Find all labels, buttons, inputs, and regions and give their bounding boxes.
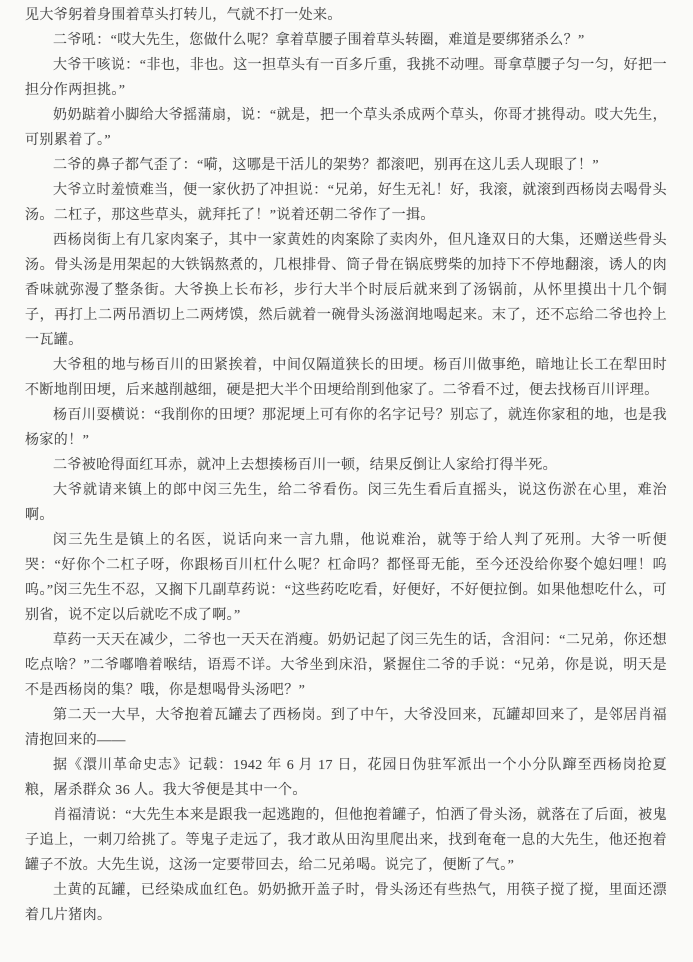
paragraph: 大爷干咳说：“非也，非也。这一担草头有一百多斤重，我挑不动哩。哥拿草腰子匀一匀，…: [25, 53, 667, 103]
paragraph: 见大爷躬着身围着草头打转儿，气就不打一处来。: [25, 3, 667, 28]
paragraph: 闵三先生是镇上的名医，说话向来一言九鼎，他说难治，就等于给人判了死刑。大爷一听便…: [25, 528, 667, 628]
paragraph: 二爷的鼻子都气歪了：“嗬，这哪是干活儿的架势？都滚吧，别再在这儿丢人现眼了！”: [25, 153, 667, 178]
paragraph: 草药一天天在减少，二爷也一天天在消瘦。奶奶记起了闵三先生的话，含泪问：“二兄弟，…: [25, 628, 667, 703]
paragraph: 土黄的瓦罐，已经染成血红色。奶奶掀开盖子时，骨头汤还有些热气，用筷子搅了搅，里面…: [25, 878, 667, 928]
paragraph: 西杨岗街上有几家肉案子，其中一家黄姓的肉案除了卖肉外，但凡逢双日的大集，还赠送些…: [25, 228, 667, 353]
paragraph: 大爷租的地与杨百川的田紧挨着，中间仅隔道狭长的田埂。杨百川做事绝，暗地让长工在犁…: [25, 353, 667, 403]
paragraph-list: 见大爷躬着身围着草头打转儿，气就不打一处来。二爷吼：“哎大先生，您做什么呢？拿着…: [25, 3, 667, 928]
paragraph: 第二天一大早，大爷抱着瓦罐去了西杨岗。到了中午，大爷没回来，瓦罐却回来了，是邻居…: [25, 703, 667, 753]
paragraph: 据《澴川革命史志》记载：1942 年 6 月 17 日，花园日伪驻军派出一个小分…: [25, 753, 667, 803]
document-page: 见大爷躬着身围着草头打转儿，气就不打一处来。二爷吼：“哎大先生，您做什么呢？拿着…: [0, 0, 693, 962]
paragraph: 大爷立时羞愤难当，便一家伙扔了冲担说：“兄弟，好生无礼！好，我滚，就滚到西杨岗去…: [25, 178, 667, 228]
paragraph: 肖福清说：“大先生本来是跟我一起逃跑的，但他抱着罐子，怕洒了骨头汤，就落在了后面…: [25, 803, 667, 878]
paragraph: 大爷就请来镇上的郎中闵三先生，给二爷看伤。闵三先生看后直摇头，说这伤淤在心里，难…: [25, 478, 667, 528]
paragraph: 二爷吼：“哎大先生，您做什么呢？拿着草腰子围着草头转圈，难道是要绑猪杀么？”: [25, 28, 667, 53]
paragraph: 杨百川耍横说：“我削你的田埂？那泥埂上可有你的名字记号？别忘了，就连你家租的地，…: [25, 403, 667, 453]
paragraph: 奶奶踮着小脚给大爷摇蒲扇，说：“就是，把一个草头杀成两个草头，你哥才挑得动。哎大…: [25, 103, 667, 153]
paragraph: 二爷被呛得面红耳赤，就冲上去想揍杨百川一顿，结果反倒让人家给打得半死。: [25, 453, 667, 478]
